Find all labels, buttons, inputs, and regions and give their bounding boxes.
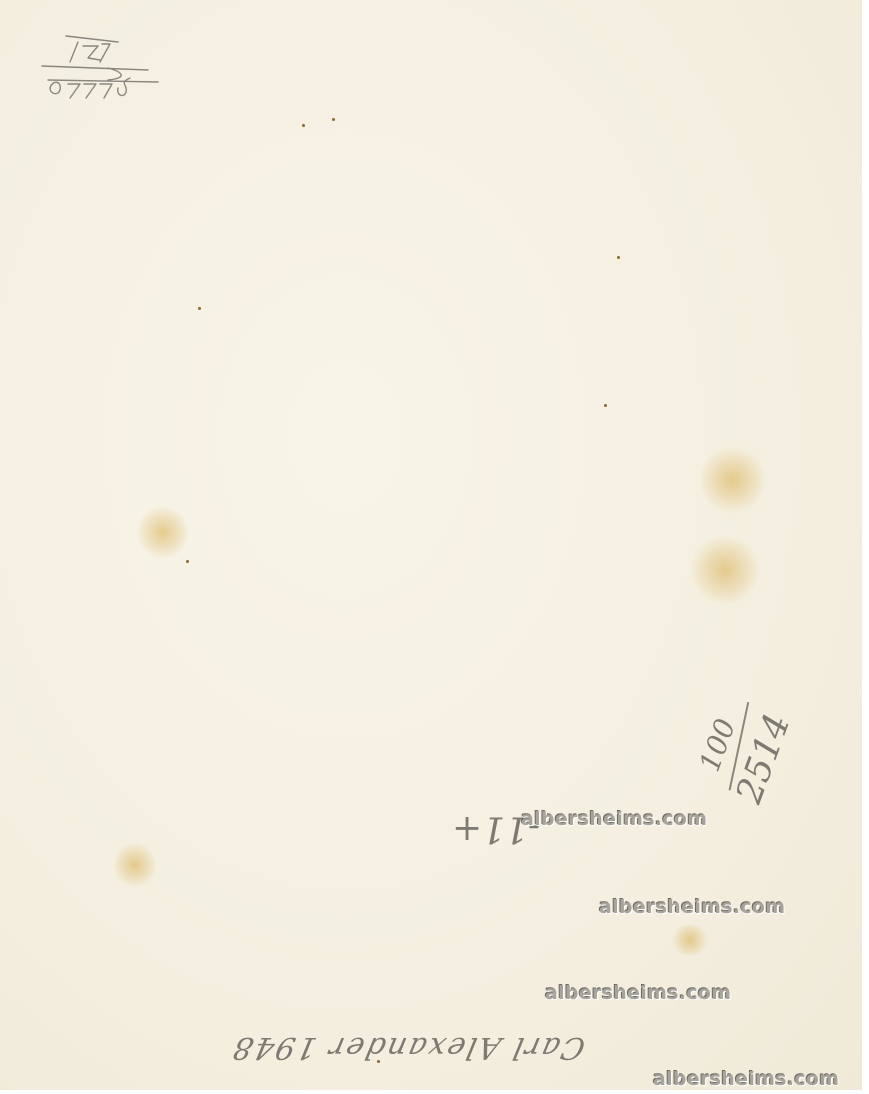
foxing-stain: [670, 925, 710, 955]
top-left-pencil-code: [38, 28, 168, 98]
speck: [186, 560, 189, 563]
watermark: albersheims.com: [545, 982, 731, 1004]
foxing-stain: [138, 505, 188, 560]
watermark: albersheims.com: [521, 808, 707, 830]
speck: [302, 124, 305, 127]
foxing-stain: [690, 535, 760, 605]
speck: [604, 404, 607, 407]
foxing-stain: [700, 445, 765, 515]
foxing-stain: [115, 840, 155, 890]
photo-back: 22 0770 100 2514 -11+ Carl Alexander 194…: [0, 0, 869, 1094]
right-margin: [862, 0, 869, 1094]
speck: [198, 307, 201, 310]
watermark: albersheims.com: [599, 896, 785, 918]
bottom-margin: [0, 1090, 869, 1094]
watermark: albersheims.com: [653, 1068, 839, 1090]
bottom-inscription: Carl Alexander 1948: [228, 1030, 588, 1065]
speck: [332, 118, 335, 121]
speck: [617, 256, 620, 259]
